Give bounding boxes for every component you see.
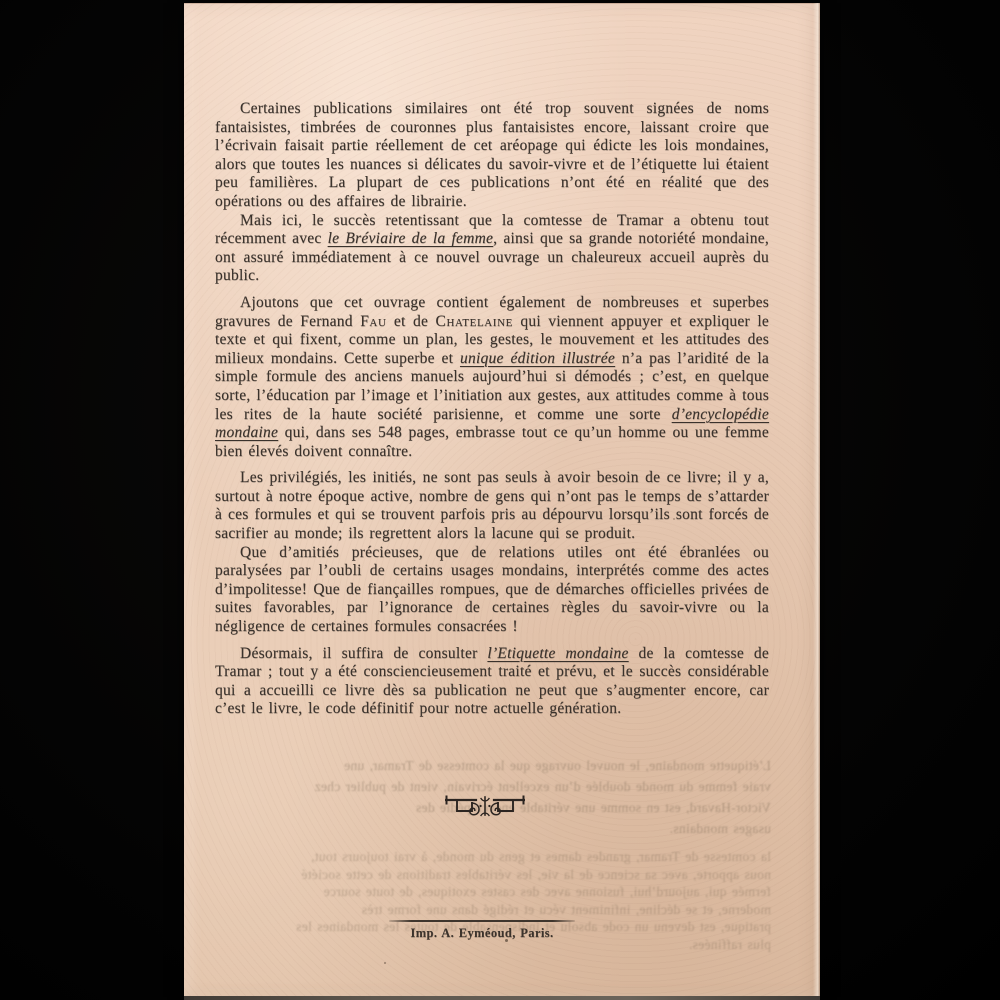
paragraph: Mais ici, le succès retentissant que la … (215, 212, 769, 286)
ghost-text-line: usages mondains. (213, 818, 771, 839)
text-segment: qui, dans ses 548 pages, embrasse tout c… (215, 424, 769, 460)
ghost-text-line: nous apporte, avec sa science de la vie,… (213, 866, 771, 884)
paper-bottom-edge (184, 996, 820, 1000)
text-segment: et de (387, 313, 436, 330)
book-title-emphasis: le Bréviaire de la femme (328, 230, 494, 247)
paragraph: Que d’amitiés précieuses, que de relatio… (215, 544, 769, 637)
paragraph: Désormais, il suffira de consulter l’Eti… (215, 645, 769, 719)
paragraph: Les privilégiés, les initiés, ne sont pa… (215, 469, 769, 543)
text-segment: Désormais, il suffira de consulter (240, 645, 487, 662)
ghost-text-line: la comtesse de Tramar, grandes dames et … (213, 848, 771, 866)
photo-background: { "colors": { "background": "#030303", "… (0, 0, 1000, 1000)
fleuron-ornament (445, 792, 525, 820)
imprint-block: Imp. A. Eyméoud, Paris. (297, 920, 667, 941)
text-segment: Que d’amitiés précieuses, que de relatio… (215, 544, 769, 635)
ghost-text-line: fermée qui, aujourd’hui, fusionne avec d… (213, 883, 771, 901)
book-title-emphasis: unique édition illustrée (460, 350, 615, 367)
text-segment: Les privilégiés, les initiés, ne sont pa… (215, 469, 769, 542)
book-title-emphasis: l’Etiquette mondaine (487, 645, 628, 662)
ghost-text-line: L’étiquette mondaine, le nouvel ouvrage … (213, 755, 771, 776)
text-segment: Fau (360, 313, 386, 330)
paper-speck (505, 939, 508, 942)
ghost-text-line: moderne, et se décline, infiniment vécu … (213, 901, 771, 919)
paper-page: L’étiquette mondaine, le nouvel ouvrage … (184, 3, 820, 997)
imprint-text: Imp. A. Eyméoud, Paris. (297, 926, 667, 941)
body-text-column: Certaines publications similaires ont ét… (215, 100, 769, 719)
text-segment: Certaines publications similaires ont ét… (215, 100, 769, 210)
paragraph: Certaines publications similaires ont ét… (215, 100, 769, 212)
imprint-rule (389, 920, 575, 922)
paper-speck (673, 518, 675, 520)
paragraph: Ajoutons que cet ouvrage contient égalem… (215, 294, 769, 461)
text-segment: Chatelaine (436, 313, 513, 330)
paper-speck (384, 962, 386, 964)
paper-speck (316, 261, 318, 264)
